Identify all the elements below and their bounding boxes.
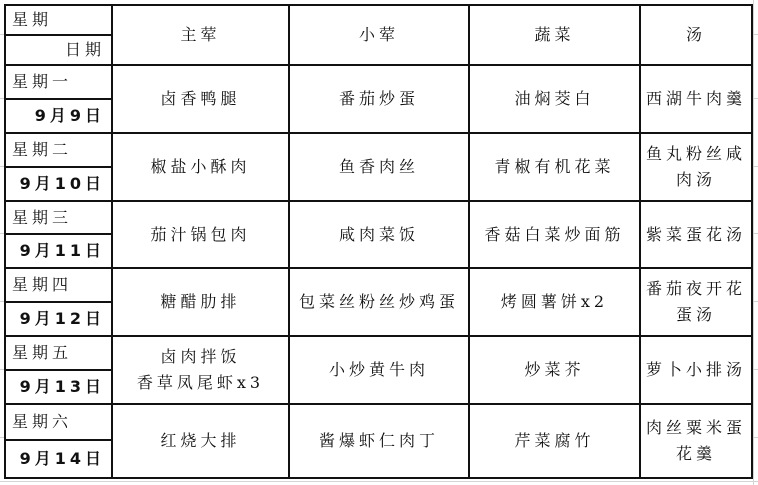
table-row: 星期五 卤肉拌饭香草凤尾虾x3 小炒黄牛肉 炒菜芥 萝卜小排汤 — [5, 336, 752, 370]
side-dish-cell: 鱼香肉丝 — [289, 133, 469, 201]
soup-cell: 番茄夜开花蛋汤 — [640, 268, 752, 336]
table-row: 星期三 茄汁锅包肉 咸肉菜饭 香菇白菜炒面筋 紫菜蛋花汤 — [5, 201, 752, 234]
column-header-vegetable: 蔬菜 — [469, 5, 640, 65]
table-row: 星期四 糖醋肋排 包菜丝粉丝炒鸡蛋 烤圆薯饼x2 番茄夜开花蛋汤 — [5, 268, 752, 302]
corner-weekday-label: 星期 — [5, 5, 112, 35]
main-dish-cell: 茄汁锅包肉 — [112, 201, 289, 268]
corner-date-label: 日期 — [5, 35, 112, 65]
date-cell: 9月10日 — [5, 167, 112, 201]
soup-cell: 鱼丸粉丝咸肉汤 — [640, 133, 752, 201]
table-row: 星期一 卤香鸭腿 番茄炒蛋 油焖茭白 西湖牛肉羹 — [5, 65, 752, 99]
main-dish-cell: 卤香鸭腿 — [112, 65, 289, 133]
side-dish-cell: 番茄炒蛋 — [289, 65, 469, 133]
soup-cell: 肉丝粟米蛋花羹 — [640, 404, 752, 478]
column-header-soup: 汤 — [640, 5, 752, 65]
table-row: 星期六 红烧大排 酱爆虾仁肉丁 芹菜腐竹 肉丝粟米蛋花羹 — [5, 404, 752, 440]
side-dish-cell: 咸肉菜饭 — [289, 201, 469, 268]
weekday-cell: 星期四 — [5, 268, 112, 302]
main-dish-cell: 卤肉拌饭香草凤尾虾x3 — [112, 336, 289, 404]
table-row: 星期二 椒盐小酥肉 鱼香肉丝 青椒有机花菜 鱼丸粉丝咸肉汤 — [5, 133, 752, 167]
date-cell: 9月9日 — [5, 99, 112, 133]
vegetable-cell: 烤圆薯饼x2 — [469, 268, 640, 336]
column-header-main-dish: 主荤 — [112, 5, 289, 65]
soup-cell: 紫菜蛋花汤 — [640, 201, 752, 268]
vegetable-cell: 香菇白菜炒面筋 — [469, 201, 640, 268]
vegetable-cell: 炒菜芥 — [469, 336, 640, 404]
vegetable-cell: 油焖茭白 — [469, 65, 640, 133]
weekday-cell: 星期二 — [5, 133, 112, 167]
side-dish-cell: 包菜丝粉丝炒鸡蛋 — [289, 268, 469, 336]
side-dish-cell: 小炒黄牛肉 — [289, 336, 469, 404]
soup-cell: 西湖牛肉羹 — [640, 65, 752, 133]
main-dish-cell: 椒盐小酥肉 — [112, 133, 289, 201]
date-cell: 9月12日 — [5, 302, 112, 336]
weekday-cell: 星期六 — [5, 404, 112, 440]
side-dish-cell: 酱爆虾仁肉丁 — [289, 404, 469, 478]
date-cell: 9月11日 — [5, 234, 112, 268]
weekday-cell: 星期三 — [5, 201, 112, 234]
date-cell: 9月13日 — [5, 370, 112, 404]
main-dish-cell: 糖醋肋排 — [112, 268, 289, 336]
date-cell: 9月14日 — [5, 440, 112, 478]
main-dish-cell: 红烧大排 — [112, 404, 289, 478]
weekly-menu-table: 星期 主荤 小荤 蔬菜 汤 日期 星期一 卤香鸭腿 番茄炒蛋 油焖茭白 西湖牛肉… — [4, 4, 753, 479]
vegetable-cell: 青椒有机花菜 — [469, 133, 640, 201]
weekday-cell: 星期五 — [5, 336, 112, 370]
column-header-side-dish: 小荤 — [289, 5, 469, 65]
weekday-cell: 星期一 — [5, 65, 112, 99]
vegetable-cell: 芹菜腐竹 — [469, 404, 640, 478]
soup-cell: 萝卜小排汤 — [640, 336, 752, 404]
